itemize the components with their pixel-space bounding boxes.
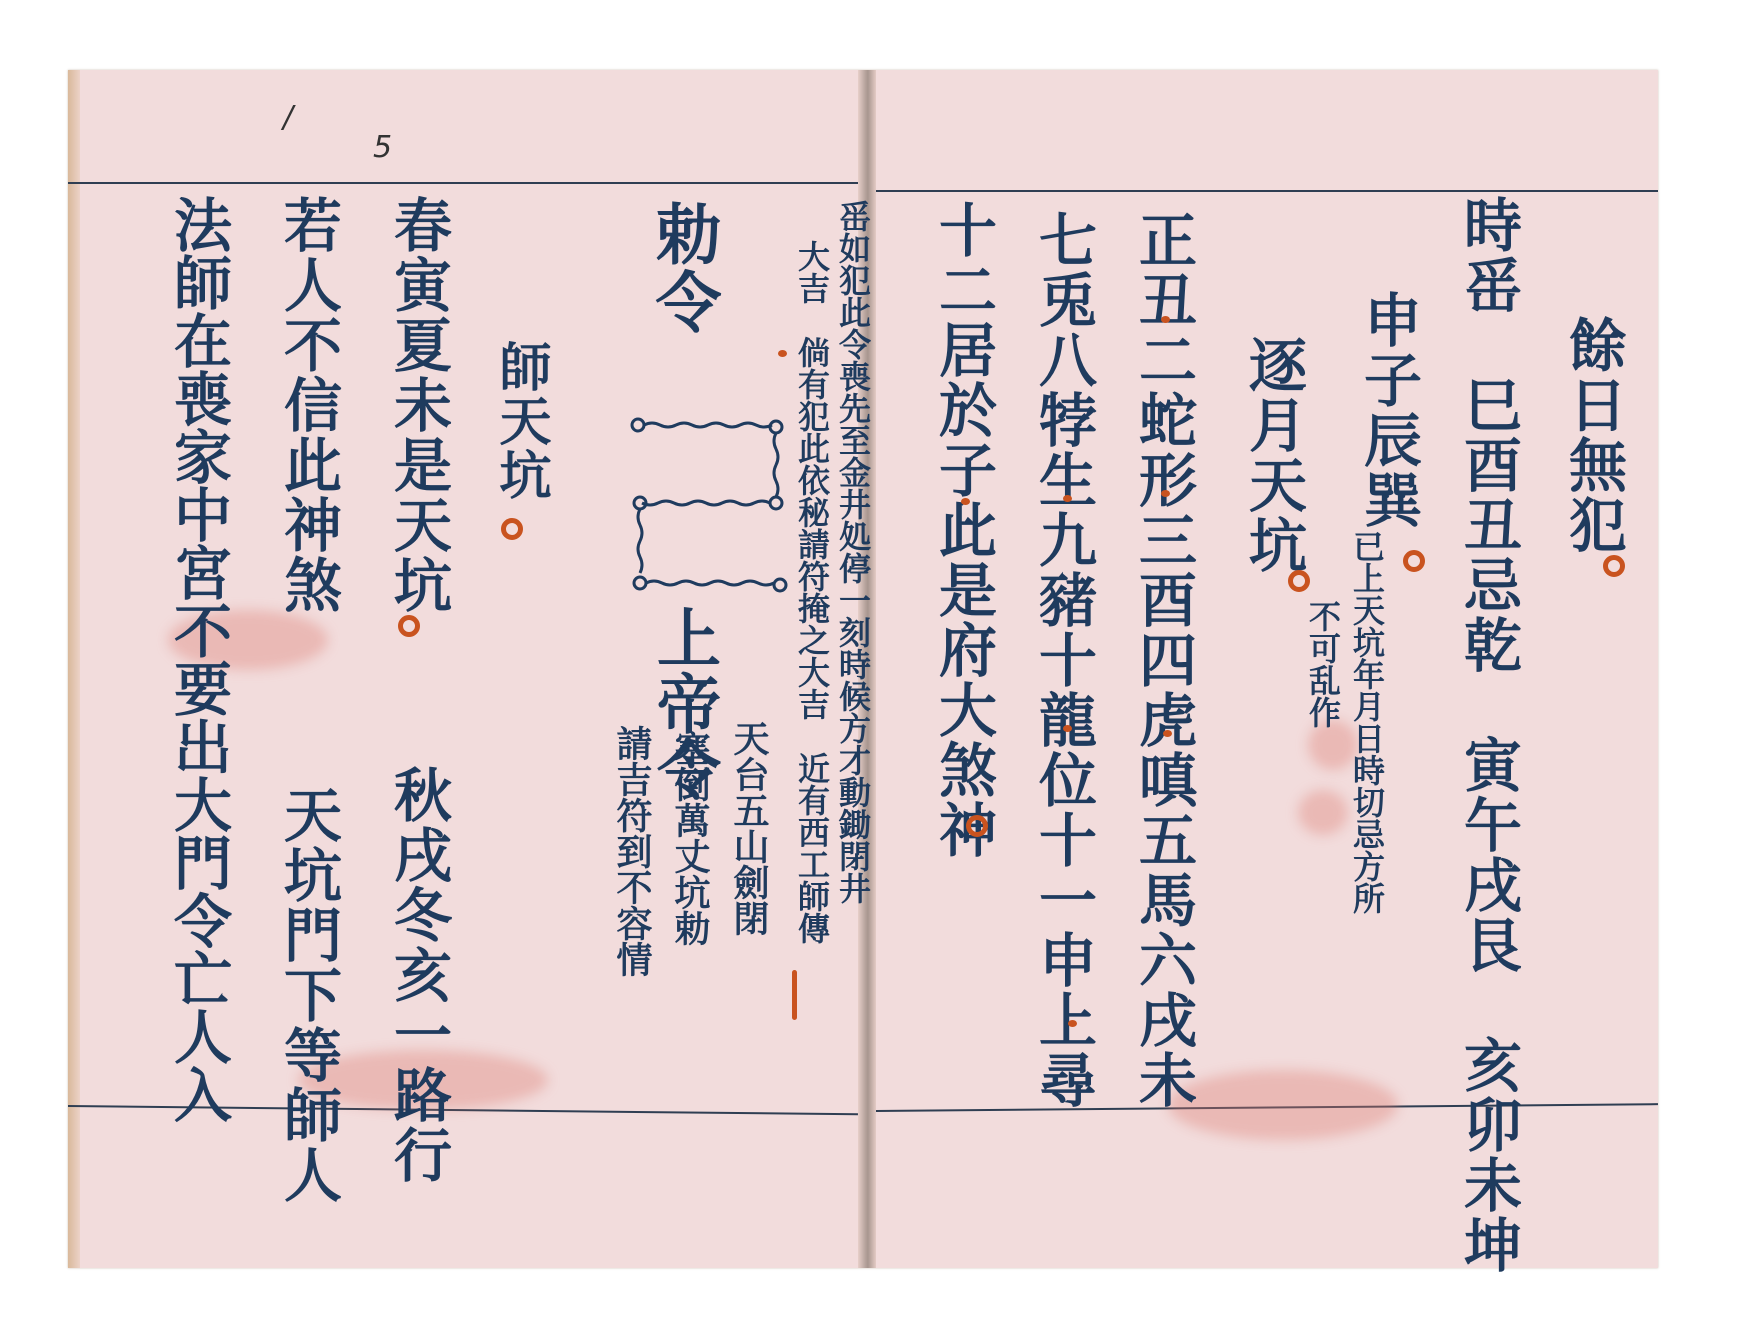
left-col-annotation-1: 䍃如犯此令喪先至金井処停一刻時候方才動鋤閉井: [836, 200, 870, 904]
red-dot-mark: [1161, 490, 1170, 497]
right-col-shenzichen: 申子辰巽: [1358, 290, 1418, 530]
right-col-months-3: 十二居於子此是府大煞神: [933, 200, 993, 860]
talisman-seal-drawing: [628, 415, 793, 600]
left-col-ruoren: 若人不信此神煞: [278, 195, 338, 615]
red-circle-mark: [501, 518, 523, 540]
left-top-border: [68, 182, 858, 184]
red-line-mark: [792, 970, 797, 1020]
talisman-invocation-2: 塞倒萬丈坑勅: [671, 730, 709, 946]
right-top-border: [876, 190, 1658, 192]
pencil-page-number: 5: [373, 130, 392, 165]
talisman-invocation-3: 請吉符到不容情: [613, 725, 651, 977]
book-edge: [68, 70, 80, 1268]
left-col-spring-summer: 春寅夏未是天坑: [388, 195, 448, 615]
left-col-fashi: 法師在喪家中宮不要出大門令亡人入: [168, 195, 228, 1123]
red-dot-mark: [1063, 725, 1072, 732]
right-col-note2: 不可乱作: [1306, 600, 1340, 728]
left-col-autumn-winter: 秋戌冬亥一路行: [388, 765, 448, 1185]
left-col-tiankeng-men: 天坑門下等師人: [278, 785, 338, 1205]
right-col-months-2: 七兎八㹀生九豬十龍位十一申上尋: [1033, 210, 1093, 1110]
red-dot-mark: [778, 350, 787, 357]
right-col-monthly-heading: 逐月天坑: [1243, 335, 1303, 575]
talisman-invocation-1: 天台五山劍閉: [730, 720, 768, 936]
right-col-note: 已上天坑年月日時切忌方所: [1350, 530, 1384, 914]
left-col-annotation-2: 大吉 倘有犯此依秘請符掩之大吉 近有西工師傳: [795, 240, 829, 944]
left-col-shi-tiankeng: 師天坑: [493, 340, 547, 502]
red-circle-mark: [1403, 550, 1425, 572]
red-circle-mark: [1288, 570, 1310, 592]
red-dot-mark: [1163, 730, 1172, 737]
pencil-slash-mark: /: [283, 100, 293, 135]
red-dot-mark: [1068, 1020, 1077, 1027]
manuscript-spread: / 5 餘日無犯 時䍃 巳酉丑忌乾 寅午戌艮 亥卯未坤 申子辰巽 已上天坑年月日…: [68, 70, 1658, 1268]
red-dot-mark: [961, 498, 970, 505]
paper-stain: [1168, 1070, 1398, 1140]
red-circle-mark: [398, 615, 420, 637]
right-col-heading: 餘日無犯: [1563, 315, 1623, 555]
red-circle-mark: [1603, 555, 1625, 577]
red-dot-mark: [1161, 316, 1170, 323]
right-col-months-1: 正丑二蛇形三酉四虎嗔五馬六戌未: [1133, 210, 1193, 1110]
talisman-top-char: 勅令: [653, 200, 713, 336]
right-col-time-rules: 時䍃 巳酉丑忌乾 寅午戌艮 亥卯未坤: [1458, 195, 1518, 1275]
red-circle-mark: [966, 815, 988, 837]
red-dot-mark: [1063, 495, 1072, 502]
paper-stain: [1298, 790, 1348, 835]
